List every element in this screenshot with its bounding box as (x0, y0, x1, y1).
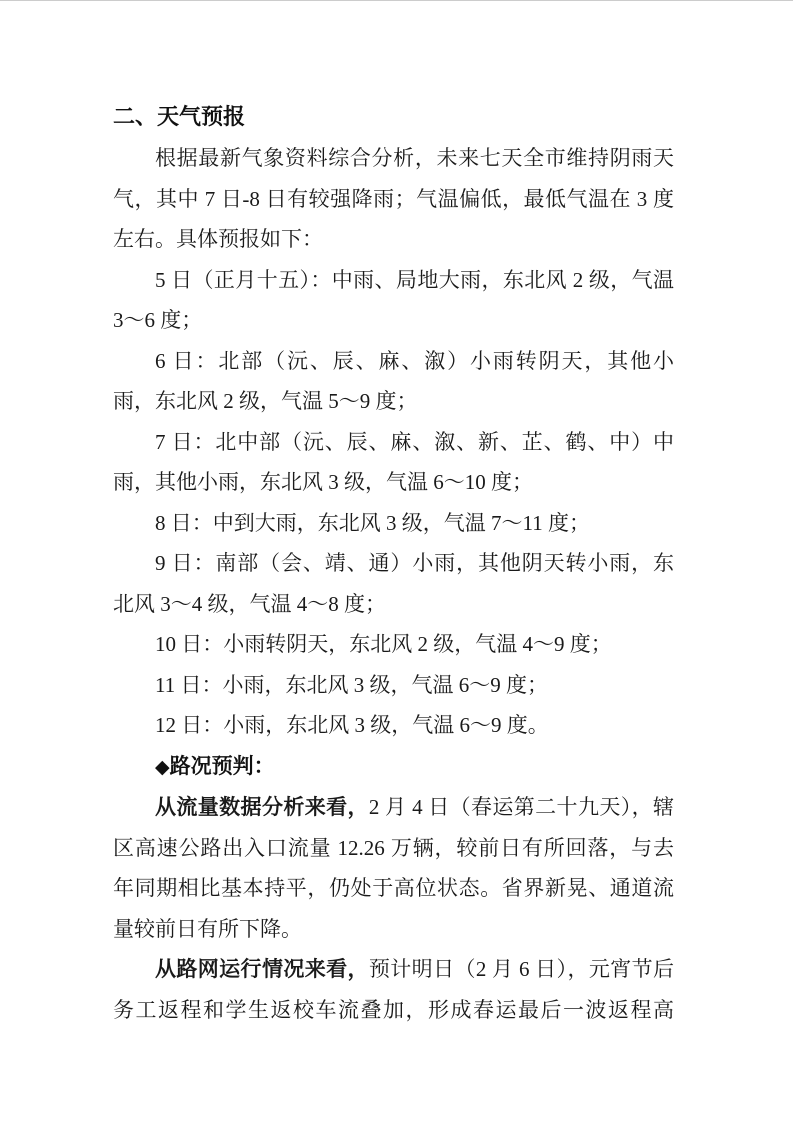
paragraph-text: 10 日：小雨转阴天，东北风 2 级，气温 4～9 度； (155, 632, 612, 656)
diamond-bullet-icon: ◆ (155, 756, 170, 778)
forecast-line-day5: 5 日（正月十五）：中雨、局地大雨，东北风 2 级，气温 3～6 度； (113, 260, 674, 341)
forecast-line-day9: 9 日：南部（会、靖、通）小雨，其他阴天转小雨，东北风 3～4 级，气温 4～8… (113, 543, 674, 624)
section-heading: 二、天气预报 (113, 97, 674, 138)
paragraph-text: 9 日：南部（会、靖、通）小雨，其他阴天转小雨，东北风 3～4 级，气温 4～8… (113, 551, 674, 616)
paragraph-text: 7 日：北中部（沅、辰、麻、溆、新、芷、鹤、中）中雨，其他小雨，东北风 3 级，… (113, 430, 674, 495)
paragraph-text: 11 日：小雨，东北风 3 级，气温 6～9 度； (155, 673, 548, 697)
forecast-line-day7: 7 日：北中部（沅、辰、麻、溆、新、芷、鹤、中）中雨，其他小雨，东北风 3 级，… (113, 422, 674, 503)
traffic-flow-paragraph: 从流量数据分析来看，2 月 4 日（春运第二十九天），辖区高速公路出入口流量 1… (113, 787, 674, 949)
document-content: 二、天气预报 根据最新气象资料综合分析，未来七天全市维持阴雨天气，其中 7 日-… (113, 97, 674, 1030)
forecast-line-day6: 6 日：北部（沅、辰、麻、溆）小雨转阴天，其他小雨，东北风 2 级，气温 5～9… (113, 341, 674, 422)
paragraph-text: 8 日：中到大雨，东北风 3 级，气温 7～11 度； (155, 511, 590, 535)
road-condition-heading: ◆路况预判： (113, 746, 674, 788)
forecast-line-day10: 10 日：小雨转阴天，东北风 2 级，气温 4～9 度； (113, 624, 674, 665)
forecast-line-day12: 12 日：小雨，东北风 3 级，气温 6～9 度。 (113, 705, 674, 746)
road-condition-heading-label: 路况预判： (170, 754, 275, 778)
road-network-paragraph: 从路网运行情况来看，预计明日（2 月 6 日），元宵节后务工返程和学生返校车流叠… (113, 949, 674, 1030)
paragraph-text: 5 日（正月十五）：中雨、局地大雨，东北风 2 级，气温 3～6 度； (113, 268, 674, 333)
forecast-line-day11: 11 日：小雨，东北风 3 级，气温 6～9 度； (113, 665, 674, 706)
paragraph-text: 12 日：小雨，东北风 3 级，气温 6～9 度。 (155, 713, 549, 737)
forecast-line-day8: 8 日：中到大雨，东北风 3 级，气温 7～11 度； (113, 503, 674, 544)
bold-lead: 从路网运行情况来看， (155, 957, 369, 981)
paragraph-text: 6 日：北部（沅、辰、麻、溆）小雨转阴天，其他小雨，东北风 2 级，气温 5～9… (113, 349, 674, 414)
document-page: 二、天气预报 根据最新气象资料综合分析，未来七天全市维持阴雨天气，其中 7 日-… (0, 0, 793, 1122)
bold-lead: 从流量数据分析来看， (155, 795, 369, 819)
paragraph-text: 根据最新气象资料综合分析，未来七天全市维持阴雨天气，其中 7 日-8 日有较强降… (113, 146, 674, 251)
intro-paragraph: 根据最新气象资料综合分析，未来七天全市维持阴雨天气，其中 7 日-8 日有较强降… (113, 138, 674, 260)
